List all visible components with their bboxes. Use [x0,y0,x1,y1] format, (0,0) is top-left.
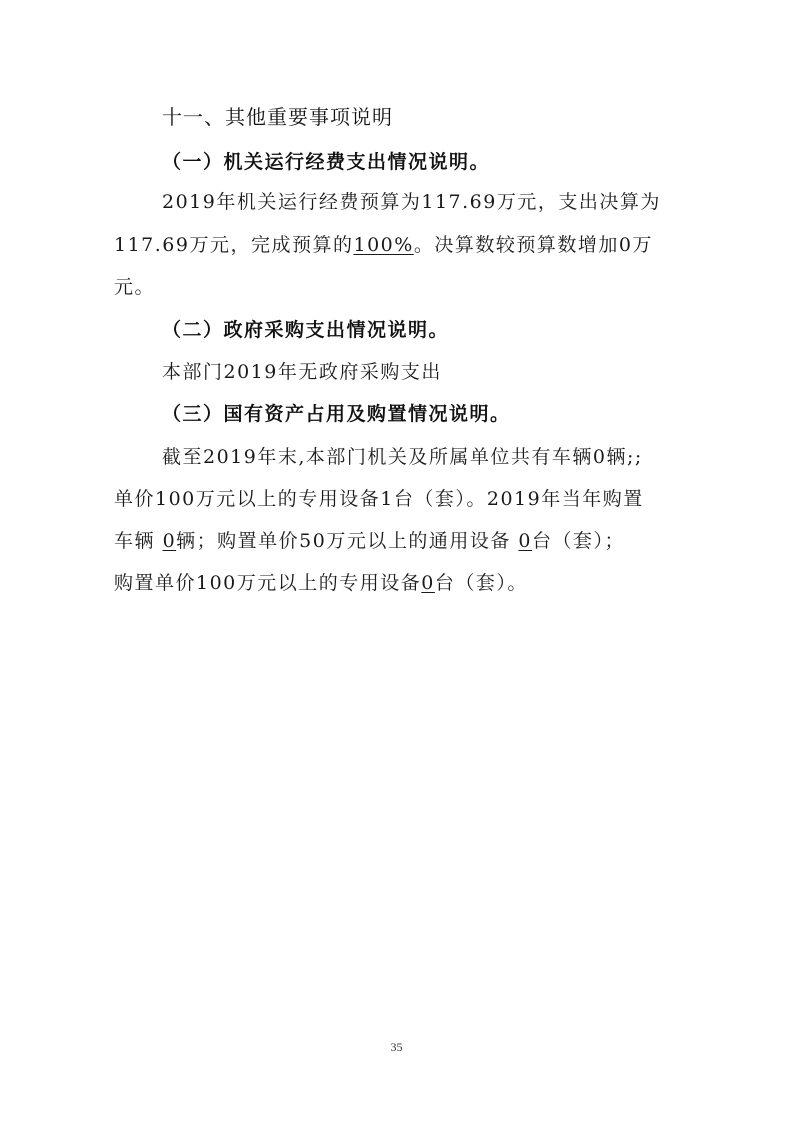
text-segment: 。决算数较预算数增加0万 [414,234,653,256]
paragraph-line: 本部门2019年无政府采购支出 [162,360,742,384]
text-segment: 辆；购置单价50万元以上的通用设备 [176,530,511,552]
page-number: 35 [0,1040,793,1055]
paragraph-line: 车辆 0辆；购置单价50万元以上的通用设备 0台（套）； [114,529,694,553]
paragraph-line: 购置单价100万元以上的专用设备0台（套）。 [114,571,694,595]
subsection-heading-2: （二）政府采购支出情况说明。 [162,318,742,342]
section-title: 十一、其他重要事项说明 [162,105,742,129]
subsection-heading-3: （三）国有资产占用及购置情况说明。 [162,402,742,426]
paragraph-line: 117.69万元，完成预算的100%。决算数较预算数增加0万 [114,233,694,257]
text-segment: 117.69万元，完成预算的 [114,234,353,256]
underlined-value: 100% [353,234,413,256]
text-segment: 台（套）。 [435,572,528,594]
text-segment: 购置单价100万元以上的专用设备 [114,572,421,594]
text-segment: 台（套）； [532,530,625,552]
underlined-value: 0 [421,572,435,594]
underlined-value: 0 [163,530,177,552]
paragraph-line: 元。 [114,275,694,299]
underlined-value: 0 [518,530,532,552]
paragraph-line: 单价100万元以上的专用设备1台（套）。2019年当年购置 [114,487,694,511]
paragraph-line: 2019年机关运行经费预算为117.69万元，支出决算为 [162,190,742,214]
document-page: 十一、其他重要事项说明 （一）机关运行经费支出情况说明。 2019年机关运行经费… [0,0,793,1122]
subsection-heading-1: （一）机关运行经费支出情况说明。 [162,150,742,174]
text-segment: 车辆 [114,530,155,552]
paragraph-line: 截至2019年末,本部门机关及所属单位共有车辆0辆;; [162,445,742,469]
